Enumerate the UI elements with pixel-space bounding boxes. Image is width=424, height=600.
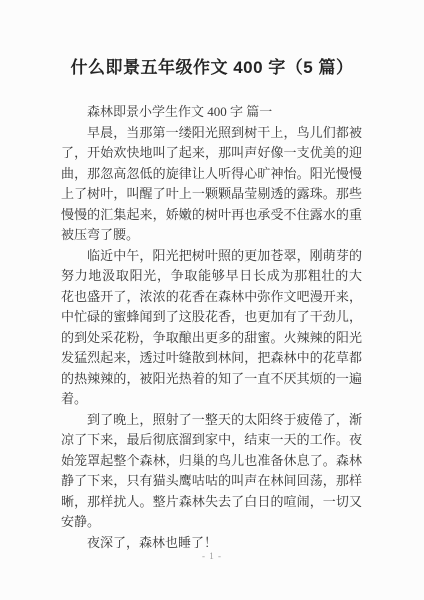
essay-line: 临近中午，阳光把树叶照的更加苍翠，刚萌芽的小树 bbox=[61, 246, 362, 267]
essay-line: 了，开始欢快地叫了起来，那叫声好像一支优美的迎晨 bbox=[61, 143, 362, 164]
document-page: 什么即景五年级作文 400 字（5 篇） 森林即景小学生作文 400 字 篇一 … bbox=[0, 0, 424, 600]
essay-heading: 森林即景小学生作文 400 字 篇一 bbox=[61, 102, 362, 123]
essay-line: 早晨，当那第一缕阳光照到树干上，鸟儿们都被惊醒 bbox=[61, 123, 362, 144]
essay-line: 努力地汲取阳光，争取能够早日长成为那粗壮的大树。鲜 bbox=[61, 266, 362, 287]
essay-line: 夜深了，森林也睡了！ bbox=[61, 533, 362, 554]
essay-line: 静了下来，只有猫头鹰咕咕的叫声在林间回荡，那样清 bbox=[61, 471, 362, 492]
essay-line: 发猛烈起来，透过叶缝散到林间，把森林中的花草都包裹 bbox=[61, 348, 362, 369]
essay-line: 着。 bbox=[61, 389, 362, 410]
essay-line: 中忙碌的蜜蜂闻到了这股花香，也更加有了干劲儿，忙碌 bbox=[61, 307, 362, 328]
document-title: 什么即景五年级作文 400 字（5 篇） bbox=[0, 57, 424, 79]
essay-line: 的热辣辣的，被阳光热着的知了一直不厌其烦的一遍遍叫 bbox=[61, 369, 362, 390]
essay-line: 安静。 bbox=[61, 512, 362, 533]
essay-line: 到了晚上，照射了一整天的太阳终于疲倦了，渐渐地 bbox=[61, 410, 362, 431]
essay-line: 曲，那忽高忽低的旋律让人听得心旷神怡。阳光慢慢的爬 bbox=[61, 164, 362, 185]
essay-line: 慢慢的汇集起来，娇嫩的树叶再也承受不住露水的重量， bbox=[61, 205, 362, 226]
page-number: - 1 - bbox=[0, 551, 424, 561]
essay-line: 上了树叶，叫醒了叶上一颗颗晶莹剔透的露珠。那些露珠 bbox=[61, 184, 362, 205]
essay-line: 花也盛开了，浓浓的花香在森林中弥作文吧漫开来，花丛 bbox=[61, 287, 362, 308]
essay-line: 的到处采花粉，争取酿出更多的甜蜜。火辣辣的阳光也愈 bbox=[61, 328, 362, 349]
essay-line: 晰，那样扰人。整片森林失去了白日的喧闹，一切又归于 bbox=[61, 492, 362, 513]
essay-line: 被压弯了腰。 bbox=[61, 225, 362, 246]
essay-body: 森林即景小学生作文 400 字 篇一 早晨，当那第一缕阳光照到树干上，鸟儿们都被… bbox=[61, 102, 362, 553]
essay-paragraphs: 早晨，当那第一缕阳光照到树干上，鸟儿们都被惊醒了，开始欢快地叫了起来，那叫声好像… bbox=[61, 123, 362, 554]
essay-line: 凉了下来，最后彻底溜到家中，结束一天的工作。夜幕开 bbox=[61, 430, 362, 451]
essay-line: 始笼罩起整个森林，归巢的鸟儿也准备休息了。森林里安 bbox=[61, 451, 362, 472]
